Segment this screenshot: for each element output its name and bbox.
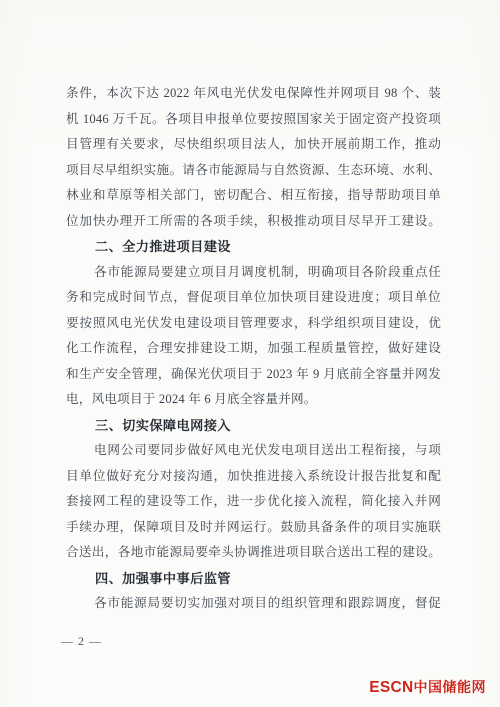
text-line: 务和完成时间节点，督促项目单位加快项目建设进度；项目单位 [66,285,441,311]
text-line: 化工作流程，合理安排建设工期，加强工程质量管控，做好建设 [66,336,441,362]
document-body: 条件，本次下达 2022 年风电光伏发电保障性并网项目 98 个、装机 1046… [66,81,441,617]
text-line: 各市能源局要建立项目月调度机制，明确项目各阶段重点任 [66,260,441,286]
document-page: 条件，本次下达 2022 年风电光伏发电保障性并网项目 98 个、装机 1046… [0,0,500,707]
text-line: 条件，本次下达 2022 年风电光伏发电保障性并网项目 98 个、装 [66,81,441,107]
text-line: 项目尽早组织实施。请各市能源局与自然资源、生态环境、水利、 [66,158,441,184]
text-line: 机 1046 万千瓦。各项目申报单位要按照国家关于固定资产投资项 [66,107,441,133]
text-line: 电网公司要同步做好风电光伏发电项目送出工程衔接，与项 [66,438,441,464]
text-line: 手续办理，保障项目及时并网运行。鼓励具备条件的项目实施联 [66,515,441,541]
text-line: 和生产安全管理，确保光伏项目于 2023 年 9 月底前全容量并网发 [66,362,441,388]
text-line: 要按照风电光伏发电建设项目管理要求，科学组织项目建设，优 [66,311,441,337]
section-heading: 二、全力推进项目建设 [66,234,441,260]
escn-logo-latin-text: ESCN [369,679,413,696]
text-line: 合送出，各地市能源局要牵头协调推进项目联合送出工程的建设。 [66,540,441,566]
section-heading: 四、加强事中事后监管 [66,566,441,592]
text-line: 各市能源局要切实加强对项目的组织管理和跟踪调度，督促 [66,591,441,617]
page-number: — 2 — [61,634,102,648]
text-line: 位加快办理开工所需的各项手续，积极推动项目尽早开工建设。 [66,209,441,235]
text-line: 林业和草原等相关部门，密切配合、相互衔接，指导帮助项目单 [66,183,441,209]
text-line: 套接网工程的建设等工作，进一步优化接入流程，简化接入并网 [66,489,441,515]
section-heading: 三、切实保障电网接入 [66,413,441,439]
text-line: 目管理有关要求，尽快组织项目法人，加快开展前期工作，推动 [66,132,441,158]
text-line: 目单位做好充分对接沟通，加快推进接入系统设计报告批复和配 [66,464,441,490]
escn-logo: ESCN中国储能网 [369,677,486,697]
escn-logo-chinese-text: 中国储能网 [414,679,487,695]
text-line: 电，风电项目于 2024 年 6 月底全容量并网。 [66,387,441,413]
